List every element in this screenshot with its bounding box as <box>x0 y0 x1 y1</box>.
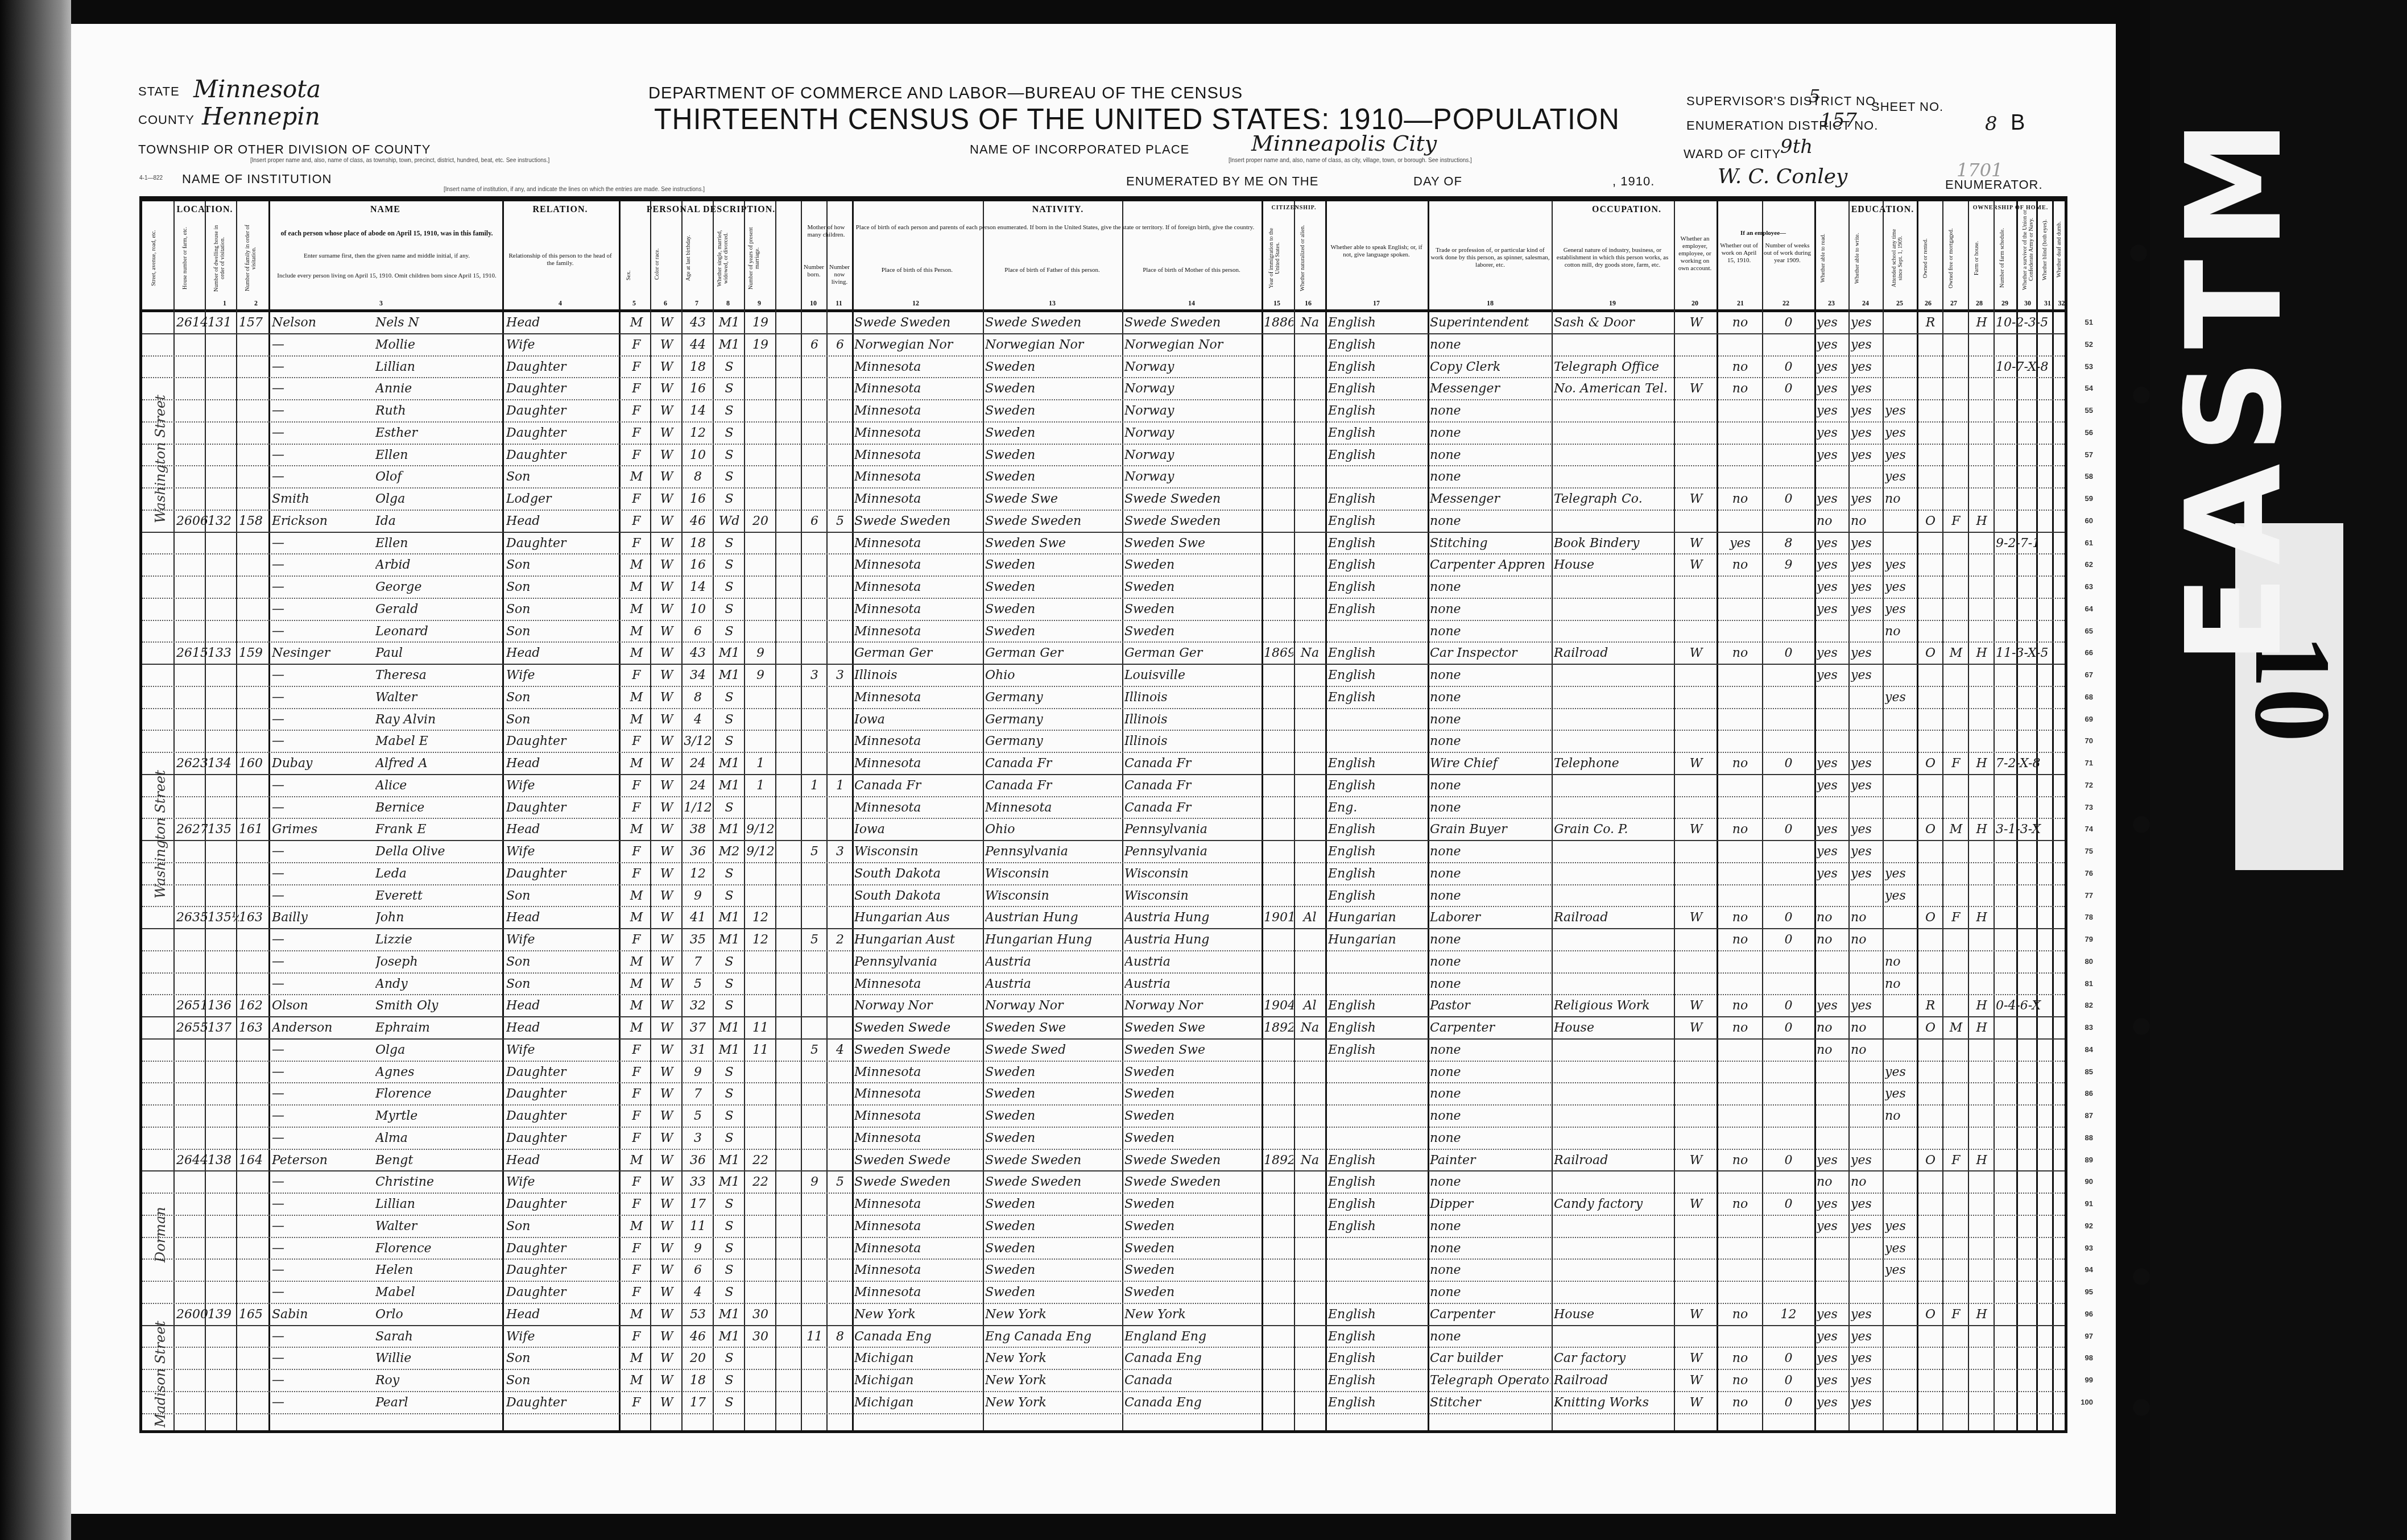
cell-sched <box>1996 379 2070 399</box>
cell-father: Sweden Swe <box>985 1019 1122 1038</box>
cell-surname: — <box>272 1327 374 1347</box>
cell-read: yes <box>1817 490 1848 509</box>
cell-out <box>1719 1063 1761 1082</box>
cell-trade: none <box>1430 467 1550 487</box>
cell-weeks: 8 <box>1764 534 1813 553</box>
cell-marital: M1 <box>715 313 743 333</box>
cell-sex: F <box>623 842 650 862</box>
cell-surname: — <box>272 1063 374 1082</box>
color-header: Color or race. <box>654 235 660 292</box>
cell-age: 12 <box>684 424 712 443</box>
cell-sched <box>1996 336 2070 355</box>
cell-living: 1 <box>829 776 851 796</box>
line-number: 92 <box>2085 1222 2093 1230</box>
employer-header: Whether an employer, employee, or workin… <box>1675 235 1715 272</box>
cell-marital: M1 <box>715 776 743 796</box>
cell-own <box>1919 401 1942 421</box>
cell-emp: W <box>1676 1195 1716 1214</box>
cell-weeks <box>1764 776 1813 796</box>
cell-age: 32 <box>684 996 712 1016</box>
cell-mort <box>1945 1041 1967 1060</box>
cell-color: W <box>653 732 680 751</box>
cell-mother: Canada <box>1124 1371 1261 1390</box>
cell-father: Sweden <box>985 1195 1122 1214</box>
cell-house <box>176 556 208 575</box>
table-row: —FlorenceDaughterFW7SMinnesotaSwedenSwed… <box>142 1083 2065 1106</box>
cell-born <box>803 1084 826 1104</box>
cell-mort <box>1945 467 1967 487</box>
cell-birth: Minnesota <box>854 379 982 399</box>
column-number: 13 <box>1041 299 1064 308</box>
cell-family <box>239 1063 268 1082</box>
cell-school: yes <box>1885 1063 1916 1082</box>
cell-relation: Daughter <box>506 534 617 553</box>
cell-mother: Norway <box>1124 424 1261 443</box>
cell-marital: S <box>715 401 743 421</box>
cell-industry <box>1554 1239 1673 1259</box>
cell-marital: S <box>715 688 743 707</box>
cell-immig <box>1264 424 1293 443</box>
cell-emp <box>1676 953 1716 972</box>
cell-write: yes <box>1851 490 1883 509</box>
cell-out <box>1719 467 1761 487</box>
cell-given: Alma <box>375 1129 501 1148</box>
cell-family <box>239 776 268 796</box>
page-title: THIRTEENTH CENSUS OF THE UNITED STATES: … <box>654 102 1620 136</box>
cell-years <box>746 1217 775 1236</box>
cell-relation: Son <box>506 578 617 597</box>
cell-marital: M1 <box>715 754 743 773</box>
cell-nat <box>1296 379 1324 399</box>
line-number: 74 <box>2085 825 2093 833</box>
cell-nat: Na <box>1296 1151 1324 1170</box>
cell-born <box>803 996 826 1016</box>
cell-father: Swede Sweden <box>985 512 1122 531</box>
cell-own: O <box>1919 820 1942 839</box>
cell-immig <box>1264 1283 1293 1302</box>
cell-weeks: 12 <box>1764 1305 1813 1324</box>
cell-house <box>176 600 208 619</box>
cell-out <box>1719 600 1761 619</box>
cell-read: no <box>1817 512 1848 531</box>
cell-weeks: 0 <box>1764 754 1813 773</box>
cell-trade: none <box>1430 666 1550 685</box>
cell-father: Norwegian Nor <box>985 336 1122 355</box>
cell-birth: Minnesota <box>854 1261 982 1280</box>
line-number: 60 <box>2085 516 2093 525</box>
cell-nat <box>1296 336 1324 355</box>
cell-lang: English <box>1328 1327 1428 1347</box>
cell-marital: S <box>715 1107 743 1126</box>
cell-read <box>1817 887 1848 906</box>
cell-immig <box>1264 975 1293 994</box>
cell-industry <box>1554 1173 1673 1192</box>
sheet-side: B <box>2011 111 2025 135</box>
cell-sched <box>1996 776 2070 796</box>
cell-marital: S <box>715 887 743 906</box>
cell-read: yes <box>1817 776 1848 796</box>
cell-industry <box>1554 1217 1673 1236</box>
incorporated-note: [Insert proper name and, also, name of c… <box>1229 158 1472 164</box>
cell-nat <box>1296 1173 1324 1192</box>
cell-age: 12 <box>684 864 712 884</box>
cell-write: no <box>1851 512 1883 531</box>
cell-trade: none <box>1430 864 1550 884</box>
cell-surname: Erickson <box>272 512 374 531</box>
cell-immig: 1869 <box>1264 644 1293 663</box>
cell-given: Everett <box>375 887 501 906</box>
cell-years: 19 <box>746 313 775 333</box>
cell-mort <box>1945 710 1967 730</box>
cell-mort <box>1945 600 1967 619</box>
cell-house: 2627 <box>176 820 208 839</box>
cell-farm <box>1970 1107 1993 1126</box>
cell-color: W <box>653 1217 680 1236</box>
cell-weeks <box>1764 864 1813 884</box>
cell-surname: Nelson <box>272 313 374 333</box>
cell-color: W <box>653 996 680 1016</box>
cell-age: 16 <box>684 379 712 399</box>
table-row: 2655137163AndersonEphraimHeadMW37M111Swe… <box>142 1017 2065 1040</box>
cell-write <box>1851 887 1883 906</box>
cell-birth: South Dakota <box>854 864 982 884</box>
line-number: 85 <box>2085 1067 2093 1076</box>
cell-birth: Sweden Swede <box>854 1041 982 1060</box>
cell-nat <box>1296 1217 1324 1236</box>
cell-mother: Wisconsin <box>1124 887 1261 906</box>
cell-family <box>239 1084 268 1104</box>
cell-immig <box>1264 754 1293 773</box>
ward-label: WARD OF CITY <box>1684 147 1781 162</box>
cell-farm <box>1970 776 1993 796</box>
cell-born <box>803 622 826 641</box>
cell-read: yes <box>1817 358 1848 377</box>
age-header: Age at last birthday. <box>685 224 692 292</box>
cell-trade: none <box>1430 842 1550 862</box>
cell-out <box>1719 622 1761 641</box>
cell-surname: — <box>272 578 374 597</box>
cell-mother: Sweden <box>1124 1261 1261 1280</box>
cell-immig <box>1264 490 1293 509</box>
cell-family <box>239 930 268 950</box>
cell-relation: Wife <box>506 666 617 685</box>
cell-immig <box>1264 1129 1293 1148</box>
cell-lang: English <box>1328 1371 1428 1390</box>
cell-house <box>176 1283 208 1302</box>
table-row: 2644138164PetersonBengtHeadMW36M122Swede… <box>142 1150 2065 1172</box>
cell-immig <box>1264 864 1293 884</box>
table-row: —AndySonMW5SMinnesotaAustriaAustrianonen… <box>142 974 2065 996</box>
cell-sex: F <box>623 1173 650 1192</box>
cell-born <box>803 820 826 839</box>
cell-out <box>1719 864 1761 884</box>
cell-read <box>1817 1239 1848 1259</box>
cell-own <box>1919 688 1942 707</box>
cell-dwelling <box>208 732 239 751</box>
cell-born <box>803 1305 826 1324</box>
cell-age: 9 <box>684 1239 712 1259</box>
cell-emp <box>1676 732 1716 751</box>
cell-sex: M <box>623 1349 650 1368</box>
cell-out: no <box>1719 1371 1761 1390</box>
cell-write: no <box>1851 1041 1883 1060</box>
cell-born: 3 <box>803 666 826 685</box>
birth-father-header: Place of birth of Father of this person. <box>984 267 1120 274</box>
cell-nat <box>1296 1261 1324 1280</box>
cell-years: 22 <box>746 1173 775 1192</box>
cell-mort: M <box>1945 644 1967 663</box>
cell-family <box>239 710 268 730</box>
line-number: 76 <box>2085 869 2093 877</box>
cell-mort <box>1945 379 1967 399</box>
cell-sex: M <box>623 975 650 994</box>
cell-years <box>746 446 775 465</box>
cell-given: Sarah <box>375 1327 501 1347</box>
cell-years <box>746 467 775 487</box>
cell-sex: F <box>623 1261 650 1280</box>
cell-age: 31 <box>684 1041 712 1060</box>
cell-industry <box>1554 424 1673 443</box>
cell-house <box>176 842 208 862</box>
cell-own: O <box>1919 644 1942 663</box>
cell-age: 20 <box>684 1349 712 1368</box>
cell-age: 53 <box>684 1305 712 1324</box>
cell-own <box>1919 1129 1942 1148</box>
marital-header: Whether single, married, widowed, or div… <box>717 224 729 292</box>
cell-emp <box>1676 401 1716 421</box>
cell-age: 36 <box>684 1151 712 1170</box>
cell-mort: F <box>1945 1151 1967 1170</box>
line-number: 98 <box>2085 1353 2093 1362</box>
cell-marital: M2 <box>715 842 743 862</box>
cell-farm <box>1970 1239 1993 1259</box>
line-number: 66 <box>2085 648 2093 657</box>
cell-mort: F <box>1945 512 1967 531</box>
cell-sex: F <box>623 930 650 950</box>
cell-farm <box>1970 622 1993 641</box>
cell-mort <box>1945 1327 1967 1347</box>
cell-read <box>1817 1084 1848 1104</box>
cell-school <box>1885 710 1916 730</box>
cell-mother: Sweden Swe <box>1124 1041 1261 1060</box>
cell-mother: Canada Eng <box>1124 1393 1261 1413</box>
cell-out <box>1719 1239 1761 1259</box>
cell-out: no <box>1719 490 1761 509</box>
cell-color: W <box>653 358 680 377</box>
street-header: Street, avenue, road, etc. <box>151 224 157 292</box>
cell-marital: S <box>715 467 743 487</box>
cell-lang: Eng. <box>1328 798 1428 818</box>
cell-age: 8 <box>684 467 712 487</box>
cell-sex: F <box>623 1195 650 1214</box>
cell-given: Esther <box>375 424 501 443</box>
cell-nat: Na <box>1296 644 1324 663</box>
cell-immig <box>1264 379 1293 399</box>
cell-birth: Minnesota <box>854 1239 982 1259</box>
cell-industry <box>1554 688 1673 707</box>
cell-industry <box>1554 732 1673 751</box>
cell-mother: Wisconsin <box>1124 864 1261 884</box>
cell-given: Alice <box>375 776 501 796</box>
cell-farm: H <box>1970 1151 1993 1170</box>
cell-out <box>1719 1261 1761 1280</box>
cell-immig <box>1264 1371 1293 1390</box>
cell-years: 12 <box>746 908 775 928</box>
cell-sched <box>1996 1041 2070 1060</box>
cell-mother: Sweden <box>1124 1129 1261 1148</box>
cell-given: Leonard <box>375 622 501 641</box>
cell-house <box>176 1195 208 1214</box>
table-row: —HelenDaughterFW6SMinnesotaSwedenSwedenn… <box>142 1260 2065 1282</box>
cell-living <box>829 401 851 421</box>
cell-school: yes <box>1885 688 1916 707</box>
cell-years <box>746 710 775 730</box>
cell-write: yes <box>1851 1371 1883 1390</box>
cell-color: W <box>653 622 680 641</box>
cell-write: yes <box>1851 600 1883 619</box>
cell-sex: M <box>623 1371 650 1390</box>
cell-sex: M <box>623 953 650 972</box>
cell-industry <box>1554 467 1673 487</box>
cell-birth: Minnesota <box>854 622 982 641</box>
cell-mother: New York <box>1124 1305 1261 1324</box>
cell-emp <box>1676 1261 1716 1280</box>
cell-house <box>176 336 208 355</box>
line-number: 71 <box>2085 759 2093 767</box>
cell-family <box>239 1371 268 1390</box>
cell-mother: Norway <box>1124 446 1261 465</box>
cell-color: W <box>653 512 680 531</box>
cell-nat <box>1296 930 1324 950</box>
cell-sex: F <box>623 512 650 531</box>
cell-living: 5 <box>829 1173 851 1192</box>
cell-birth: Hungarian Aus <box>854 908 982 928</box>
cell-immig: 1901 <box>1264 908 1293 928</box>
cell-write: yes <box>1851 1151 1883 1170</box>
cell-marital: S <box>715 622 743 641</box>
cell-sched <box>1996 1283 2070 1302</box>
cell-living <box>829 798 851 818</box>
cell-school: yes <box>1885 1239 1916 1259</box>
cell-school: yes <box>1885 467 1916 487</box>
line-number: 62 <box>2085 560 2093 569</box>
cell-age: 35 <box>684 930 712 950</box>
cell-sched <box>1996 975 2070 994</box>
cell-relation: Wife <box>506 1041 617 1060</box>
cell-living <box>829 820 851 839</box>
cell-sched <box>1996 467 2070 487</box>
cell-relation: Head <box>506 644 617 663</box>
cell-family <box>239 1129 268 1148</box>
cell-dwelling <box>208 1041 239 1060</box>
cell-age: 36 <box>684 842 712 862</box>
cell-father: Sweden <box>985 578 1122 597</box>
cell-emp <box>1676 578 1716 597</box>
column-number: 2 <box>245 299 267 308</box>
cell-sched <box>1996 1349 2070 1368</box>
cell-weeks <box>1764 1084 1813 1104</box>
cell-born <box>803 578 826 597</box>
cell-lang <box>1328 1283 1428 1302</box>
line-number: 90 <box>2085 1177 2093 1186</box>
cell-emp <box>1676 864 1716 884</box>
cell-father: Norway Nor <box>985 996 1122 1016</box>
cell-industry: Railroad <box>1554 1371 1673 1390</box>
cell-emp <box>1676 1063 1716 1082</box>
cell-mort <box>1945 1393 1967 1413</box>
cell-immig <box>1264 1349 1293 1368</box>
cell-industry <box>1554 1129 1673 1148</box>
cell-relation: Daughter <box>506 1195 617 1214</box>
cell-sex: M <box>623 688 650 707</box>
cell-living <box>829 953 851 972</box>
cell-read <box>1817 798 1848 818</box>
cell-surname: — <box>272 600 374 619</box>
cell-out <box>1719 1327 1761 1347</box>
cell-out: no <box>1719 358 1761 377</box>
cell-out <box>1719 424 1761 443</box>
cell-dwelling <box>208 600 239 619</box>
industry-header: General nature of industry, business, or… <box>1553 247 1672 269</box>
cell-farm <box>1970 379 1993 399</box>
cell-farm <box>1970 556 1993 575</box>
cell-mother: Sweden Swe <box>1124 534 1261 553</box>
cell-relation: Wife <box>506 842 617 862</box>
cell-birth: Swede Sweden <box>854 1173 982 1192</box>
cell-emp: W <box>1676 996 1716 1016</box>
cell-dwelling <box>208 446 239 465</box>
cell-trade: Car Inspector <box>1430 644 1550 663</box>
cell-given: Lillian <box>375 1195 501 1214</box>
cell-write: yes <box>1851 336 1883 355</box>
cell-school: no <box>1885 975 1916 994</box>
cell-school <box>1885 1195 1916 1214</box>
cell-years: 1 <box>746 754 775 773</box>
cell-read: yes <box>1817 1349 1848 1368</box>
cell-surname: — <box>272 401 374 421</box>
cell-trade: none <box>1430 1283 1550 1302</box>
punch-hole-icon <box>2130 245 2147 262</box>
cell-birth: German Ger <box>854 644 982 663</box>
cell-trade: none <box>1430 732 1550 751</box>
cell-mother: Sweden <box>1124 1107 1261 1126</box>
cell-weeks <box>1764 798 1813 818</box>
cell-dwelling: 138 <box>208 1151 239 1170</box>
cell-industry <box>1554 975 1673 994</box>
cell-relation: Daughter <box>506 424 617 443</box>
cell-surname: — <box>272 1239 374 1259</box>
line-number: 51 <box>2085 318 2093 326</box>
cell-own <box>1919 1349 1942 1368</box>
cell-dwelling <box>208 1327 239 1347</box>
cell-father: Canada Fr <box>985 776 1122 796</box>
cell-immig <box>1264 798 1293 818</box>
cell-immig <box>1264 336 1293 355</box>
cell-sched: 10-2-3-5 <box>1996 313 2070 333</box>
cell-nat: Al <box>1296 996 1324 1016</box>
cell-emp: W <box>1676 1371 1716 1390</box>
cell-sched <box>1996 953 2070 972</box>
cell-school <box>1885 930 1916 950</box>
cell-color: W <box>653 1261 680 1280</box>
cell-given: Gerald <box>375 600 501 619</box>
cell-relation: Daughter <box>506 401 617 421</box>
cell-emp <box>1676 798 1716 818</box>
cell-birth: Minnesota <box>854 1195 982 1214</box>
cell-weeks <box>1764 887 1813 906</box>
cell-immig <box>1264 1393 1293 1413</box>
cell-marital: S <box>715 424 743 443</box>
